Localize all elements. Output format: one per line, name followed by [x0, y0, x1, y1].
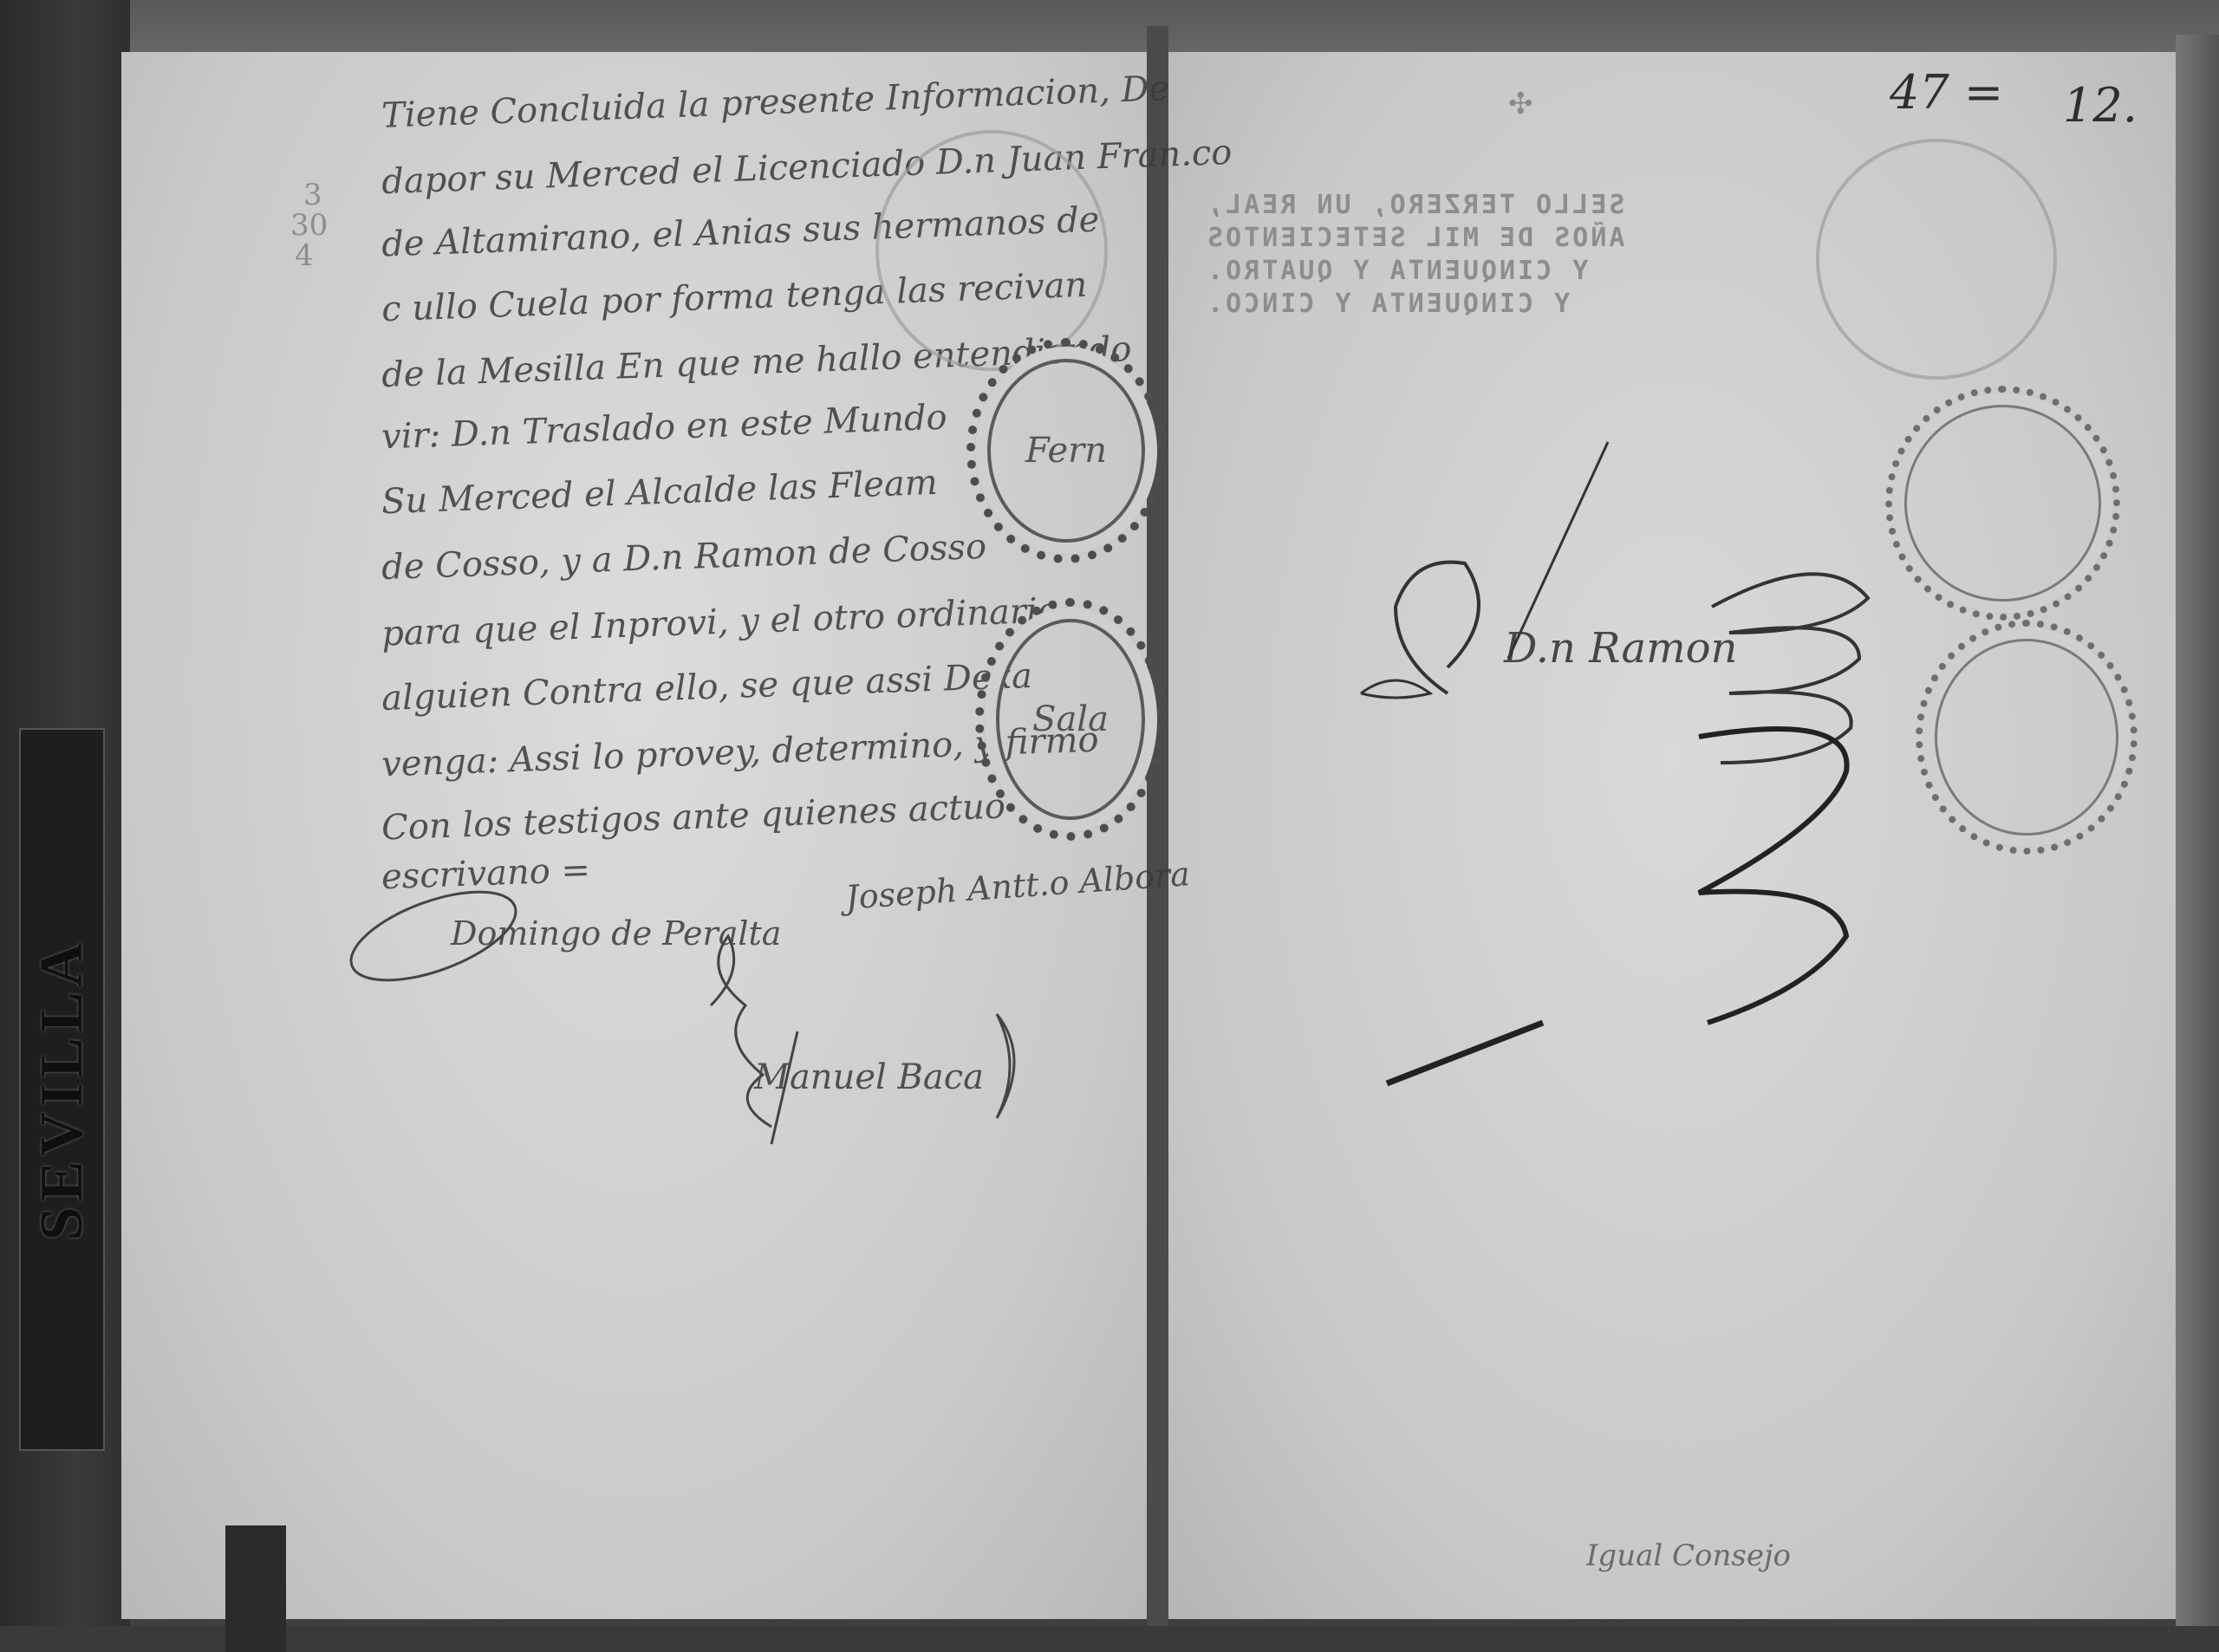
seal-label: Sala — [1032, 699, 1109, 739]
seal-stamp: Fern — [966, 338, 1166, 563]
margin-note: 4 — [295, 238, 314, 273]
binding-tab — [225, 1525, 286, 1652]
folio-number-old: 47 = — [1890, 65, 2003, 120]
mirrored-stamp-text: SELLO TERZERO, UN REAL, AÑOS DE MIL SETE… — [1205, 189, 1624, 321]
scan-frame-top — [0, 0, 2219, 52]
signature-flourish-right — [1344, 433, 1950, 1092]
spine-label: SEVILLA — [19, 728, 105, 1451]
page-gutter — [1147, 26, 1168, 1652]
cross-mark-icon: ✣ — [1508, 87, 1533, 121]
faint-royal-seal — [1816, 139, 2057, 380]
scan-frame-bottom — [0, 1626, 2219, 1652]
stamp-line: Y CINQUENTA Y QUATRO. — [1205, 255, 1624, 288]
faint-seal — [875, 130, 1108, 371]
margin-note: 3 — [303, 178, 322, 212]
folio-number: 12. — [2063, 78, 2138, 133]
stamp-line: SELLO TERZERO, UN REAL, — [1205, 189, 1624, 222]
signature-flourish-left — [347, 884, 1127, 1161]
spine-label-text: SEVILLA — [28, 938, 97, 1240]
stamp-line: AÑOS DE MIL SETECIENTOS — [1205, 222, 1624, 255]
scan-frame-right — [2176, 35, 2219, 1652]
seal-stamp: Sala — [975, 598, 1166, 841]
margin-note: 30 — [290, 208, 328, 243]
bottom-note: Igual Consejo — [1586, 1538, 1791, 1573]
seal-label: Fern — [1025, 431, 1107, 471]
stamp-line: Y CINQUENTA Y CINCO. — [1205, 288, 1624, 321]
